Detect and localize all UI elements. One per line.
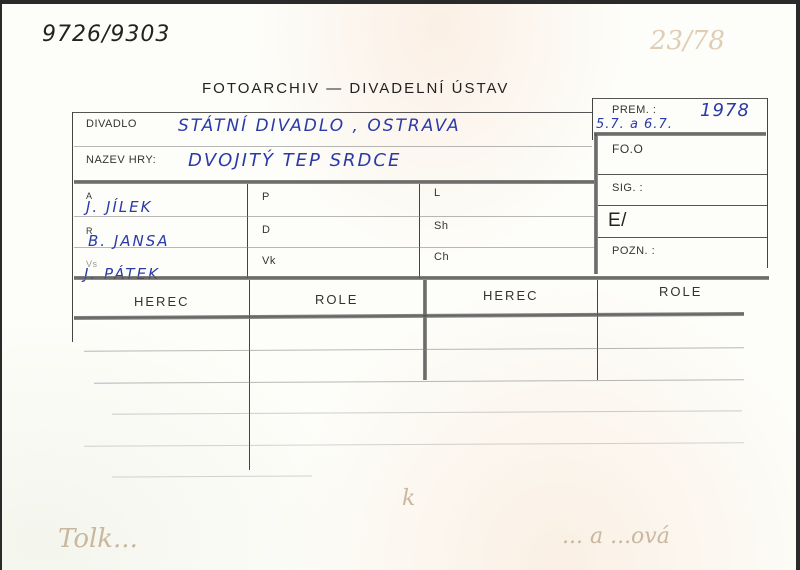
rule — [594, 134, 598, 274]
pencil-note-bottom-right: ... a ...ová — [562, 524, 670, 549]
pencil-mark-top: 23/78 — [650, 26, 725, 56]
rule — [419, 184, 420, 278]
rule — [767, 98, 768, 268]
prem-year: 1978 — [700, 100, 750, 121]
pencil-note-bottom-middle: k — [402, 486, 415, 511]
card-title: FOTOARCHIV — DIVADELNÍ ÚSTAV — [202, 80, 509, 97]
nazev-hry-label: NAZEV HRY: — [86, 154, 156, 166]
rule — [74, 180, 594, 184]
rule — [247, 184, 248, 278]
credit-sh-label: Sh — [434, 220, 448, 232]
rule — [74, 146, 592, 147]
rule — [598, 205, 767, 206]
table-row — [84, 442, 744, 446]
table-row — [84, 347, 744, 351]
prem-label: PREM. : — [612, 104, 656, 116]
credit-r-value: B. JANSA — [88, 232, 170, 250]
fo-label: FO.O — [612, 142, 643, 156]
rule — [74, 276, 769, 280]
rule — [72, 112, 592, 113]
divadlo-label: DIVADLO — [86, 118, 137, 130]
credit-vs-value: J. PÁTEK — [84, 265, 160, 283]
rule — [592, 98, 593, 140]
table-row — [94, 379, 744, 383]
cast-header-role-1: ROLE — [315, 292, 358, 307]
cast-header-herec-1: HEREC — [134, 294, 190, 309]
pencil-note-bottom-left: Tolk... — [58, 524, 138, 554]
archive-card: 9726/9303 23/78 FOTOARCHIV — DIVADELNÍ Ú… — [2, 4, 796, 570]
rule — [249, 280, 250, 470]
rule — [597, 280, 598, 380]
pozn-label: POZN. : — [612, 245, 655, 257]
reference-number: 9726/9303 — [42, 22, 170, 47]
rule — [594, 132, 766, 136]
rule — [74, 312, 744, 320]
table-row — [112, 410, 742, 414]
cast-header-herec-2: HEREC — [483, 288, 539, 303]
rule — [598, 237, 767, 238]
divadlo-value: STÁTNÍ DIVADLO , OSTRAVA — [178, 116, 461, 136]
nazev-hry-value: DVOJITÝ TEP SRDCE — [188, 150, 401, 171]
rule — [423, 280, 427, 380]
rule — [598, 174, 767, 175]
rule — [74, 216, 594, 217]
table-row — [112, 475, 312, 477]
credit-p-label: P — [262, 191, 270, 203]
credit-vk-label: Vk — [262, 255, 276, 267]
credit-d-label: D — [262, 224, 270, 236]
rule — [72, 112, 73, 342]
sig-label: SIG. : — [612, 182, 643, 194]
credit-a-value: J. JÍLEK — [86, 198, 152, 216]
prem-dates: 5.7. a 6.7. — [596, 117, 673, 132]
e-label: E/ — [608, 210, 627, 232]
cast-header-role-2: ROLE — [659, 284, 702, 299]
credit-l-label: L — [434, 187, 441, 199]
rule — [592, 98, 767, 99]
credit-ch-label: Ch — [434, 251, 449, 263]
